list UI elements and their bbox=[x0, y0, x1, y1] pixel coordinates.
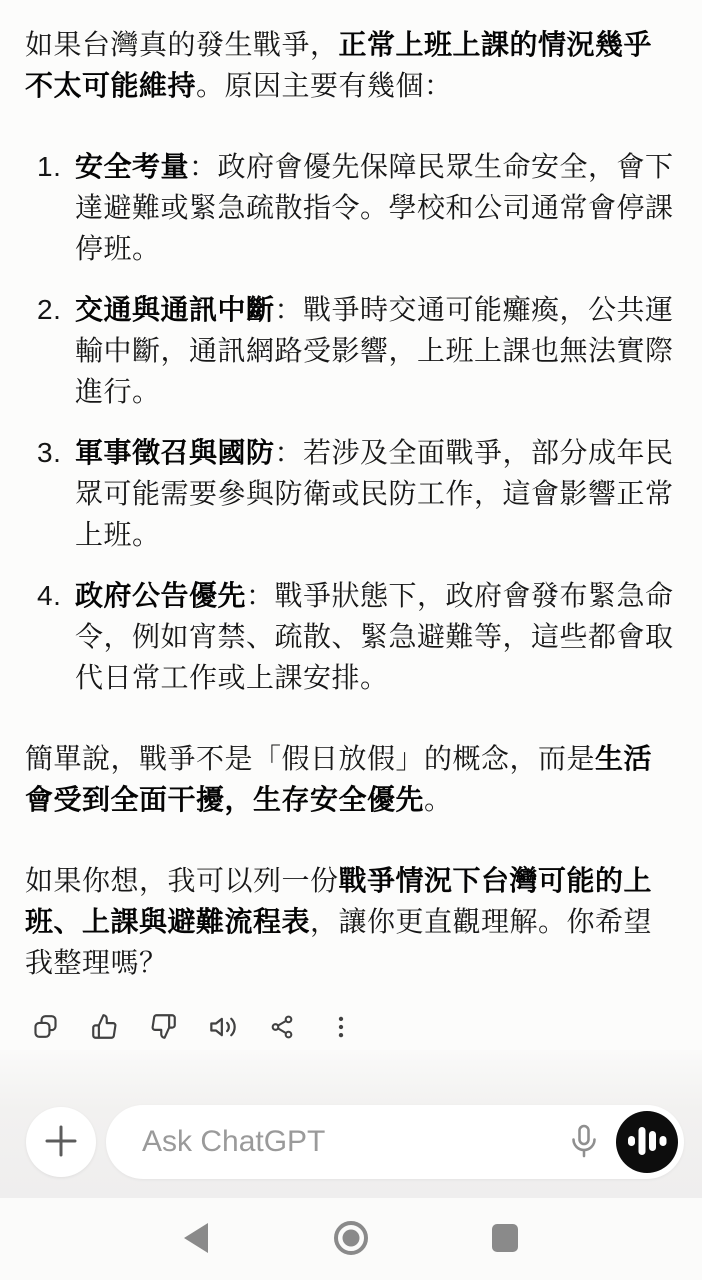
thumbs-up-icon bbox=[91, 1013, 118, 1040]
home-circle-icon bbox=[332, 1219, 370, 1260]
copy-icon bbox=[32, 1013, 59, 1040]
share-button[interactable] bbox=[268, 1013, 295, 1040]
message-input[interactable] bbox=[142, 1125, 566, 1159]
more-vertical-icon bbox=[328, 1014, 354, 1040]
share-icon bbox=[269, 1014, 295, 1040]
android-navbar bbox=[0, 1198, 702, 1280]
message-input-container bbox=[106, 1105, 684, 1179]
thumbs-down-icon bbox=[150, 1013, 177, 1040]
add-attachment-button[interactable] bbox=[26, 1107, 96, 1177]
reasons-list: 1.安全考量：政府會優先保障民眾生命安全，會下達避難或緊急疏散指令。學校和公司通… bbox=[25, 146, 677, 698]
offer-paragraph: 如果你想，我可以列一份戰爭情況下台灣可能的上班、上課與避難流程表，讓你更直觀理解… bbox=[25, 860, 677, 983]
plus-icon bbox=[44, 1124, 78, 1161]
list-item-title: 軍事徵召與國防 bbox=[75, 437, 275, 468]
copy-button[interactable] bbox=[32, 1013, 59, 1040]
composer-bar bbox=[0, 1050, 702, 1198]
voice-waveform-icon bbox=[616, 1110, 678, 1175]
back-triangle-icon bbox=[182, 1221, 212, 1258]
intro-text-post: 。原因主要有幾個： bbox=[196, 70, 453, 101]
intro-text-pre: 如果台灣真的發生戰爭， bbox=[25, 29, 339, 60]
summary-paragraph: 簡單說，戰爭不是「假日放假」的概念，而是生活會受到全面干擾，生存安全優先。 bbox=[25, 738, 677, 820]
thumbs-down-button[interactable] bbox=[150, 1013, 177, 1040]
thumbs-up-button[interactable] bbox=[91, 1013, 118, 1040]
speaker-icon bbox=[209, 1013, 237, 1041]
list-item-number: 2. bbox=[37, 289, 61, 330]
more-options-button[interactable] bbox=[327, 1013, 354, 1040]
read-aloud-button[interactable] bbox=[209, 1013, 236, 1040]
intro-paragraph: 如果台灣真的發生戰爭，正常上班上課的情況幾乎不太可能維持。原因主要有幾個： bbox=[25, 24, 677, 106]
microphone-icon bbox=[566, 1123, 602, 1162]
list-item-title: 交通與通訊中斷 bbox=[75, 294, 275, 325]
dictate-button[interactable] bbox=[566, 1123, 602, 1162]
nav-recents-button[interactable] bbox=[486, 1220, 524, 1258]
nav-home-button[interactable] bbox=[332, 1220, 370, 1258]
list-item-title: 政府公告優先 bbox=[75, 580, 246, 611]
list-item-number: 4. bbox=[37, 575, 61, 616]
list-item-number: 1. bbox=[37, 146, 61, 187]
summary-text-pre: 簡單說，戰爭不是「假日放假」的概念，而是 bbox=[25, 743, 595, 774]
list-item: 1.安全考量：政府會優先保障民眾生命安全，會下達避難或緊急疏散指令。學校和公司通… bbox=[25, 146, 677, 269]
nav-back-button[interactable] bbox=[178, 1220, 216, 1258]
recents-square-icon bbox=[491, 1223, 519, 1256]
voice-mode-button[interactable] bbox=[616, 1111, 678, 1173]
chatgpt-mobile-screen: 如果台灣真的發生戰爭，正常上班上課的情況幾乎不太可能維持。原因主要有幾個： 1.… bbox=[0, 0, 702, 1280]
list-item: 4.政府公告優先：戰爭狀態下，政府會發布緊急命令，例如宵禁、疏散、緊急避難等，這… bbox=[25, 575, 677, 698]
list-item-title: 安全考量 bbox=[75, 151, 189, 182]
offer-text-pre: 如果你想，我可以列一份 bbox=[25, 865, 339, 896]
message-actions-row bbox=[32, 1013, 677, 1040]
list-item-number: 3. bbox=[37, 432, 61, 473]
list-item: 2.交通與通訊中斷：戰爭時交通可能癱瘓，公共運輸中斷，通訊網路受影響，上班上課也… bbox=[25, 289, 677, 412]
summary-text-post: 。 bbox=[424, 784, 453, 815]
assistant-message: 如果台灣真的發生戰爭，正常上班上課的情況幾乎不太可能維持。原因主要有幾個： 1.… bbox=[0, 0, 702, 1050]
list-item: 3.軍事徵召與國防：若涉及全面戰爭，部分成年民眾可能需要參與防衛或民防工作，這會… bbox=[25, 432, 677, 555]
